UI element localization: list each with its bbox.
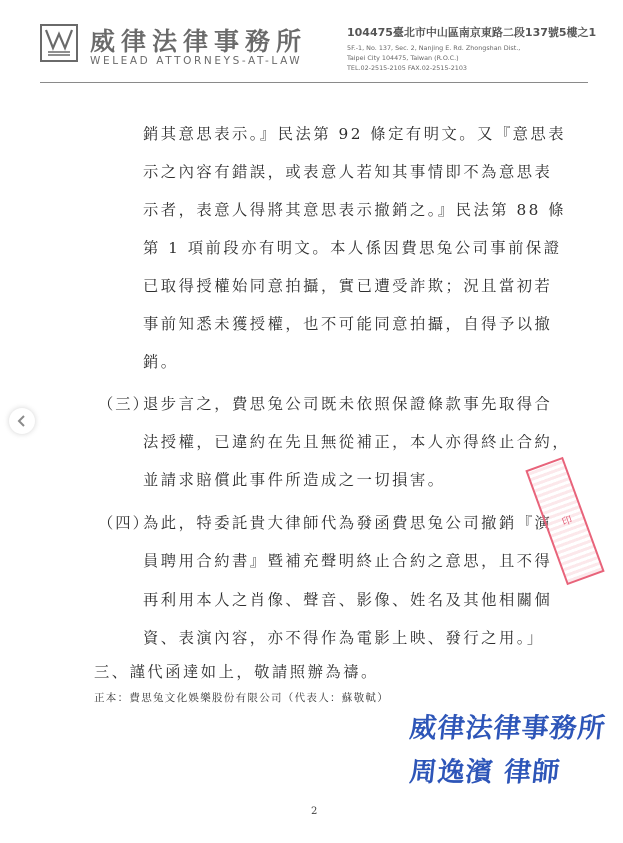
letterhead: 威律法律事務所 WELEAD ATTORNEYS-AT-LAW 104475臺北… — [0, 0, 623, 90]
address-en-line1: 5F.-1, No. 137, Sec. 2, Nanjing E. Rd. Z… — [347, 44, 520, 52]
firm-logo — [40, 24, 78, 62]
seal-text: 印 — [556, 513, 574, 528]
header-divider — [40, 82, 588, 83]
w-logo-icon — [42, 26, 76, 60]
body-line: 已取得授權始同意拍攝，實已遭受詐欺；況且當初若 — [143, 274, 552, 296]
firm-name-cn: 威律法律事務所 — [90, 22, 307, 58]
blue-stamp-firm: 威律法律事務所 — [408, 706, 608, 745]
closing-statement: 三、謹代函達如上，敬請照辦為禱。 — [94, 660, 379, 682]
body-line: 銷。 — [143, 350, 179, 372]
body-line: 第 1 項前段亦有明文。本人係因費思兔公司事前保證 — [143, 236, 562, 258]
contact-info: TEL.02-2515-2105 FAX.02-2515-2103 — [347, 64, 467, 72]
body-line: 示者，表意人得將其意思表示撤銷之。』民法第 88 條 — [143, 198, 566, 220]
address-en-line2: Taipei City 104475, Taiwan (R.O.C.) — [347, 54, 459, 62]
firm-name-en: WELEAD ATTORNEYS-AT-LAW — [90, 55, 302, 67]
body-line: 事前知悉未獲授權，也不可能同意拍攝，自得予以撤 — [143, 312, 552, 334]
body-line: 示之內容有錯誤，或表意人若知其事情即不為意思表 — [143, 160, 552, 182]
body-line: 銷其意思表示。』民法第 92 條定有明文。又『意思表 — [143, 122, 566, 144]
chevron-left-icon — [17, 415, 27, 427]
previous-page-button[interactable] — [9, 408, 35, 434]
address-cn: 104475臺北市中山區南京東路二段137號5樓之1 — [347, 24, 596, 40]
body-line: 資、表演內容，亦不得作為電影上映、發行之用。」 — [143, 626, 545, 648]
body-line: 並請求賠償此事件所造成之一切損害。 — [143, 468, 446, 490]
body-line: 法授權，已違約在先且無從補正，本人亦得終止合約， — [143, 430, 570, 452]
page-number: 2 — [311, 806, 317, 817]
body-line: 員聘用合約書』暨補充聲明終止合約之意思，且不得 — [143, 549, 552, 571]
body-line: 為此，特委託貴大律師代為發函費思兔公司撤銷『演 — [143, 511, 552, 533]
blue-stamp-lawyer: 周逸濱 律師 — [408, 750, 563, 789]
cc-recipient: 正本：費思兔文化娛樂股份有限公司（代表人：蘇敬軾） — [94, 690, 389, 705]
body-line: 退步言之，費思兔公司既未依照保證條款事先取得合 — [143, 392, 552, 414]
body-line: 再利用本人之肖像、聲音、影像、姓名及其他相關個 — [143, 588, 552, 610]
